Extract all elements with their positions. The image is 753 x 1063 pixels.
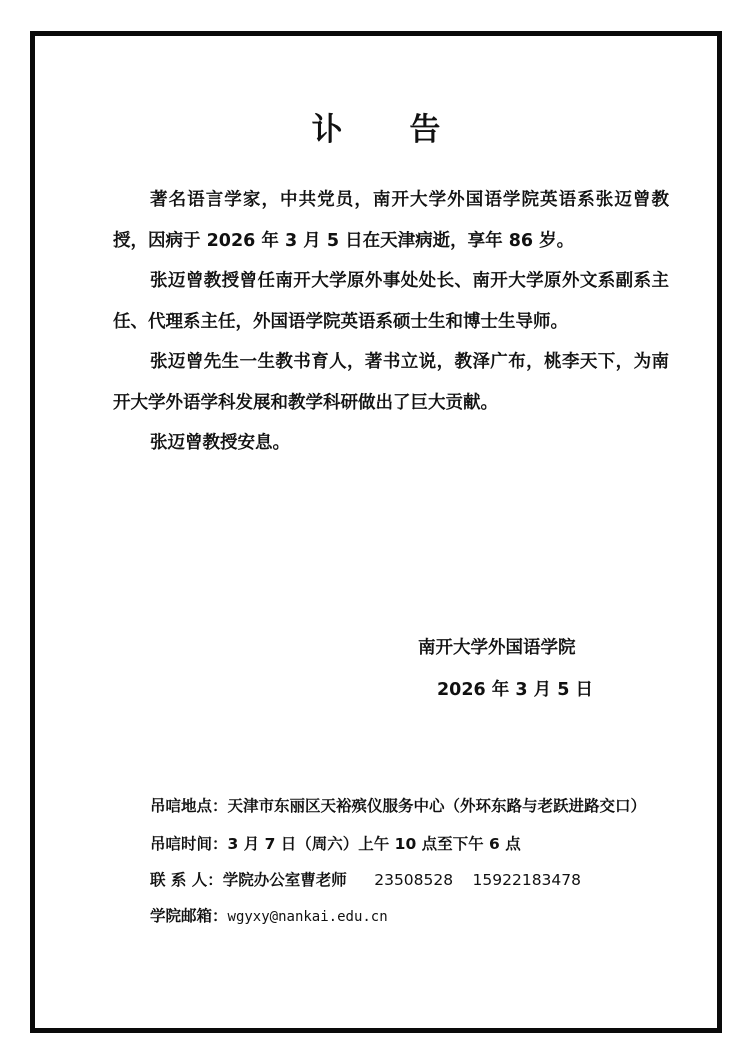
- paragraph-rest-in-peace: 张迈曾教授安息。: [113, 423, 669, 464]
- signature-organization: 南开大学外国语学院: [418, 634, 576, 659]
- contact-phone-office: 23508528: [374, 871, 453, 889]
- time-row: 吊唁时间：3 月 7 日（周六）上午 10 点至下午 6 点: [113, 826, 673, 862]
- email-address[interactable]: wgyxy@nankai.edu.cn: [228, 909, 388, 925]
- paragraph-announcement: 著名语言学家，中共党员，南开大学外国语学院英语系张迈曾教授，因病于 2026 年…: [113, 180, 669, 261]
- contact-name: 学院办公室曹老师: [223, 871, 347, 889]
- notice-body: 著名语言学家，中共党员，南开大学外国语学院英语系张迈曾教授，因病于 2026 年…: [113, 180, 669, 464]
- venue-label: 吊唁地点：: [113, 797, 228, 815]
- notice-title: 讣 告: [35, 104, 717, 149]
- email-label: 学院邮箱：: [150, 907, 228, 925]
- contact-phone-mobile: 15922183478: [473, 871, 581, 889]
- venue-value: 天津市东丽区天裕殡仪服务中心（外环东路与老跃进路交口）: [228, 797, 647, 815]
- condolence-details: 吊唁地点：天津市东丽区天裕殡仪服务中心（外环东路与老跃进路交口） 吊唁时间：3 …: [113, 786, 673, 935]
- paragraph-career: 张迈曾教授曾任南开大学原外事处处长、南开大学原外文系副系主任、代理系主任，外国语…: [113, 261, 669, 342]
- email-row: 学院邮箱：wgyxy@nankai.edu.cn: [113, 898, 673, 935]
- time-label: 吊唁时间：: [150, 835, 228, 853]
- notice-frame: 讣 告 著名语言学家，中共党员，南开大学外国语学院英语系张迈曾教授，因病于 20…: [30, 31, 722, 1033]
- venue-row: 吊唁地点：天津市东丽区天裕殡仪服务中心（外环东路与老跃进路交口）: [113, 786, 673, 826]
- paragraph-contribution: 张迈曾先生一生教书育人，著书立说，教泽广布，桃李天下，为南开大学外语学科发展和教…: [113, 342, 669, 423]
- contact-label: 联 系 人：: [150, 871, 223, 889]
- contact-row: 联 系 人：学院办公室曹老师 23508528 15922183478: [113, 862, 673, 898]
- signature-date: 2026 年 3 月 5 日: [437, 676, 593, 701]
- time-value: 3 月 7 日（周六）上午 10 点至下午 6 点: [228, 835, 521, 853]
